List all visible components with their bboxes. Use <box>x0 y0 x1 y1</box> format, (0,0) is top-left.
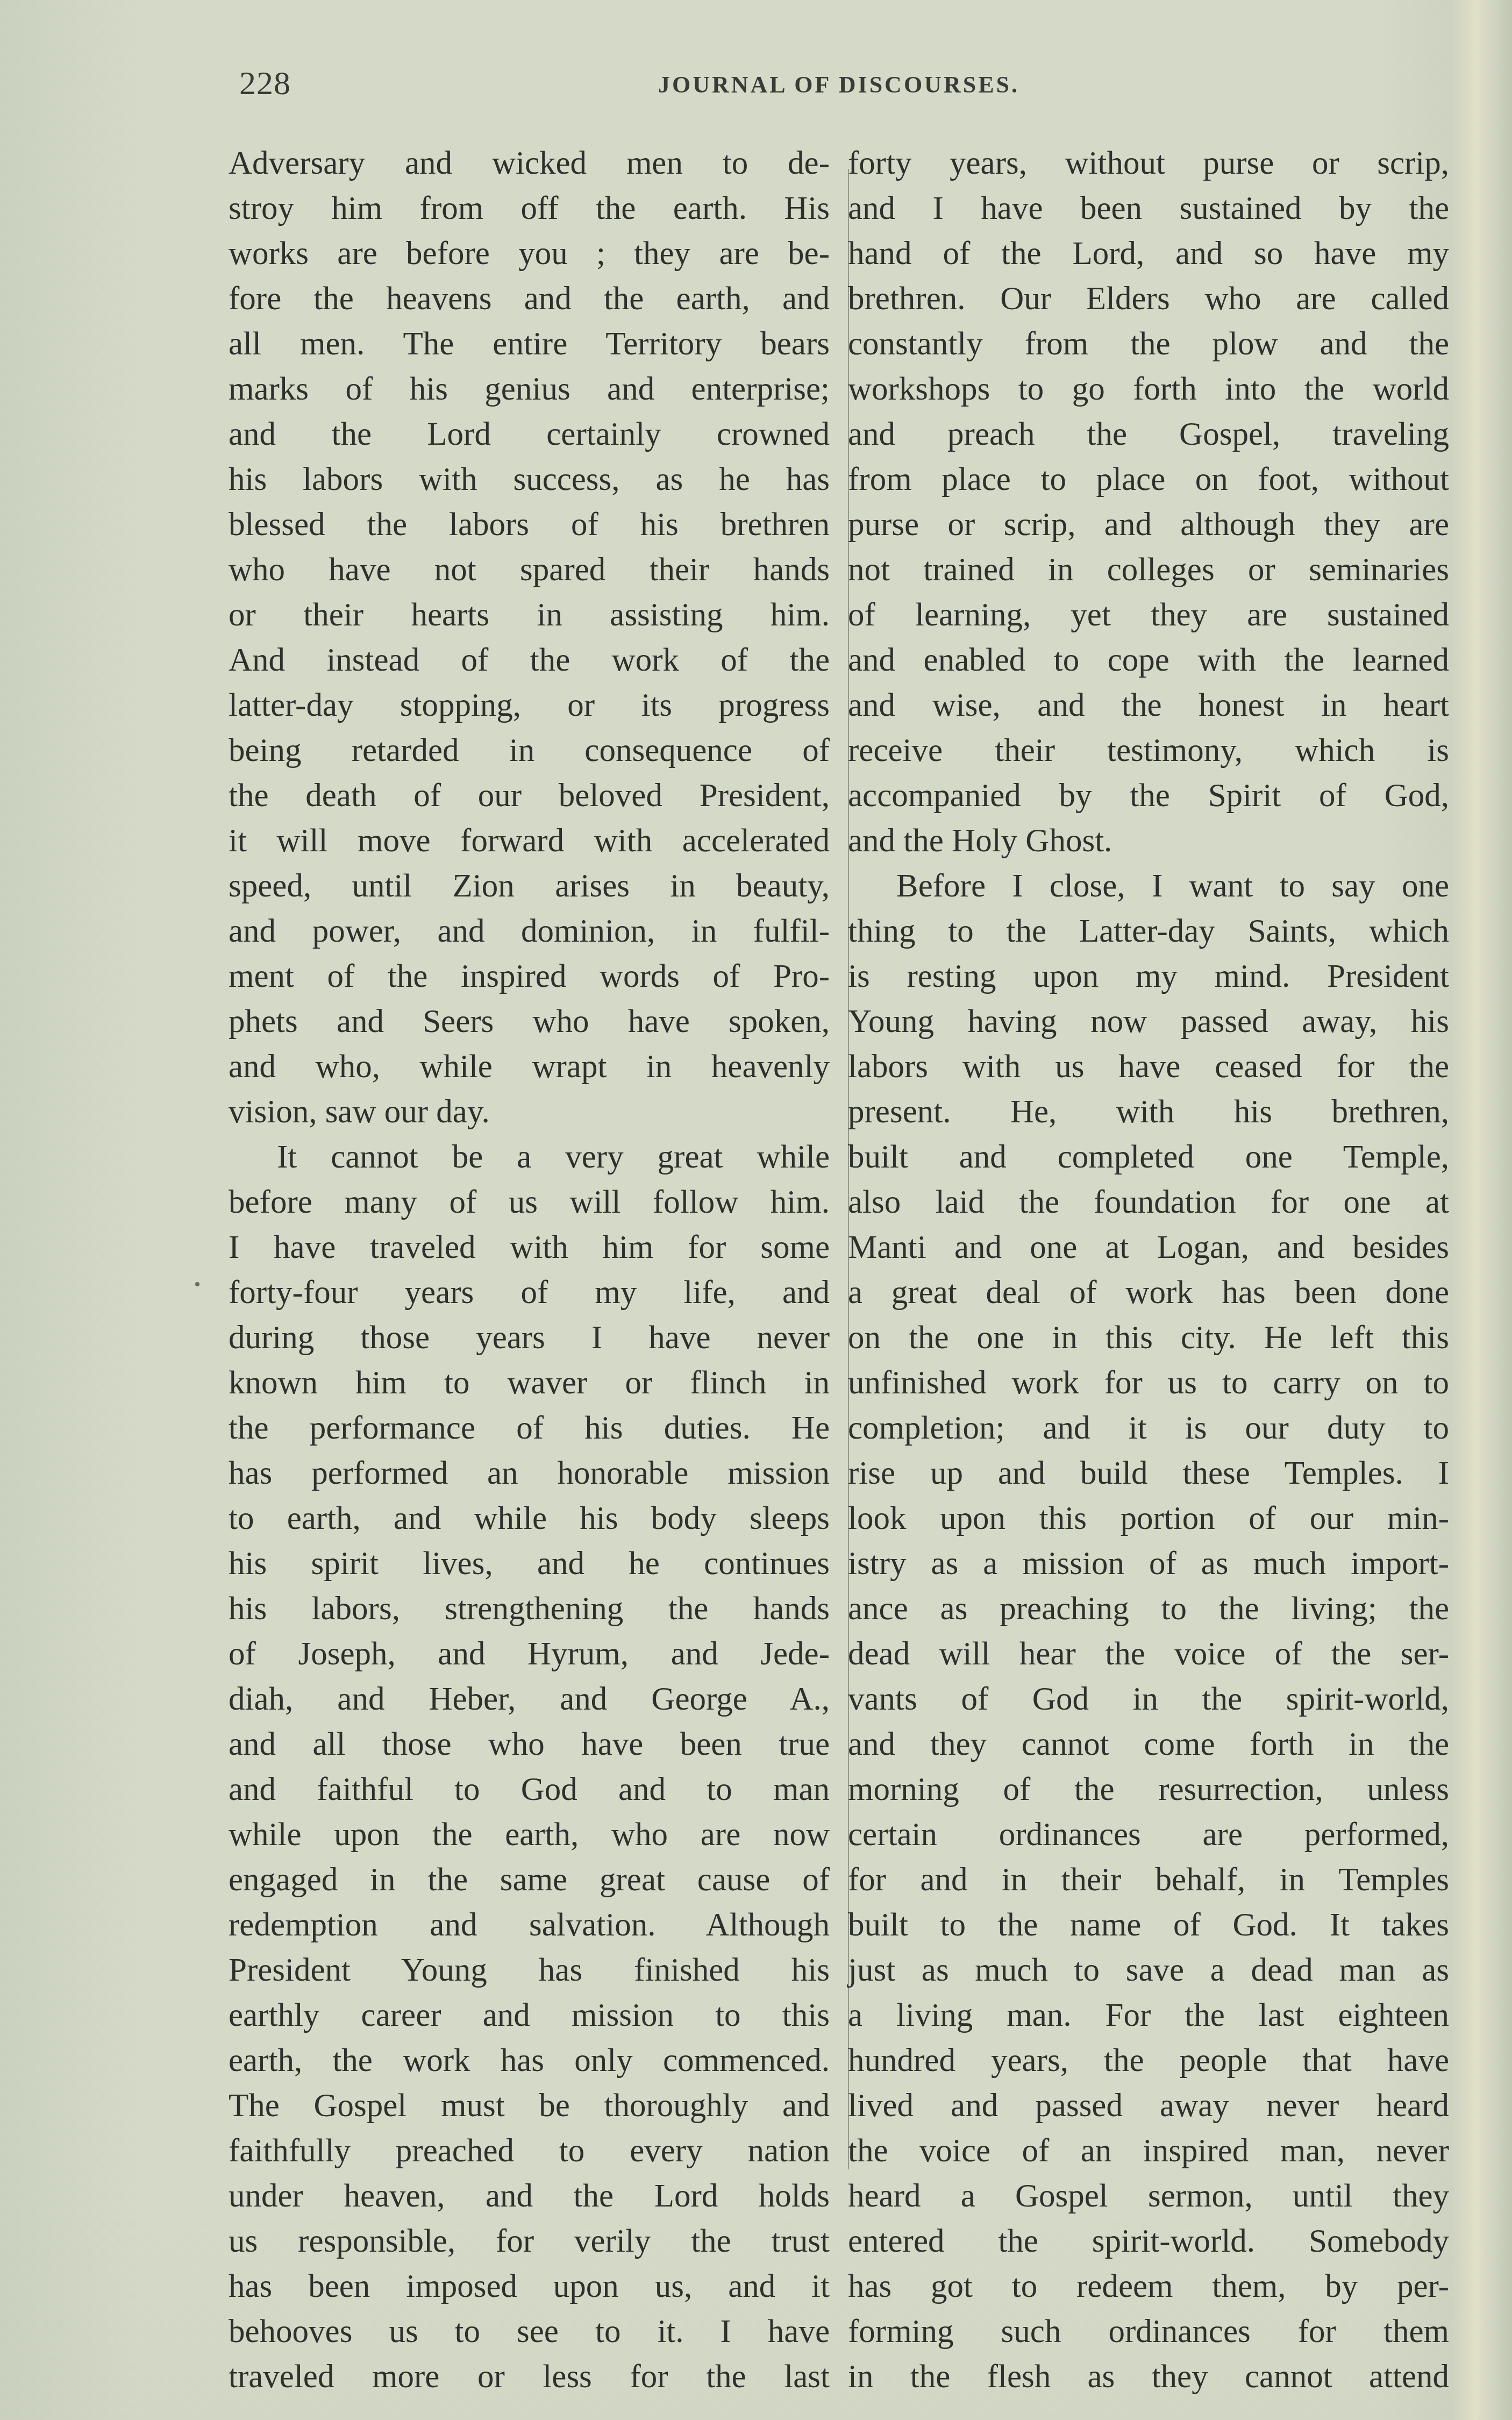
text-line: all men. The entire Territory bears <box>229 322 830 367</box>
text-line: diah, and Heber, and George A., <box>229 1677 830 1722</box>
text-line: just as much to save a dead man as <box>848 1948 1449 1993</box>
text-line: look upon this portion of our min- <box>848 1496 1449 1541</box>
text-line: the voice of an inspired man, never <box>848 2129 1449 2174</box>
text-line: vision, saw our day. <box>229 1090 830 1135</box>
text-line: and they cannot come forth in the <box>848 1722 1449 1767</box>
text-line: earth, the work has only commenced. <box>229 2038 830 2083</box>
text-line: entered the spirit-world. Somebody <box>848 2219 1449 2264</box>
text-line: a living man. For the last eighteen <box>848 1993 1449 2038</box>
text-line: the performance of his duties. He <box>229 1406 830 1451</box>
text-line: certain ordinances are performed, <box>848 1812 1449 1857</box>
text-line: from place to place on foot, without <box>848 457 1449 502</box>
text-line: has got to redeem them, by per- <box>848 2264 1449 2309</box>
text-line: thing to the Latter-day Saints, which <box>848 909 1449 954</box>
text-line: Manti and one at Logan, and besides <box>848 1225 1449 1270</box>
text-line: under heaven, and the Lord holds <box>229 2174 830 2219</box>
text-line: the death of our beloved President, <box>229 773 830 818</box>
text-line: of Joseph, and Hyrum, and Jede- <box>229 1632 830 1677</box>
ink-speck <box>195 1282 199 1286</box>
text-line: receive their testimony, which is <box>848 728 1449 773</box>
text-line: before many of us will follow him. <box>229 1180 830 1225</box>
text-line: morning of the resurrection, unless <box>848 1767 1449 1812</box>
text-line: faithfully preached to every nation <box>229 2129 830 2174</box>
text-line: purse or scrip, and although they are <box>848 502 1449 547</box>
right-column: forty years, without purse or scrip,and … <box>848 141 1449 2400</box>
text-line: fore the heavens and the earth, and <box>229 276 830 322</box>
text-line: traveled more or less for the last <box>229 2354 830 2400</box>
text-line: and wise, and the honest in heart <box>848 683 1449 728</box>
text-line: engaged in the same great cause of <box>229 1857 830 1903</box>
text-line: us responsible, for verily the trust <box>229 2219 830 2264</box>
text-line: in the flesh as they cannot attend <box>848 2354 1449 2400</box>
text-line: for and in their behalf, in Temples <box>848 1857 1449 1903</box>
text-line: or their hearts in assisting him. <box>229 593 830 638</box>
running-head: 228 JOURNAL OF DISCOURSES. <box>229 60 1449 109</box>
text-line: istry as a mission of as much import- <box>848 1541 1449 1586</box>
text-line: stroy him from off the earth. His <box>229 186 830 231</box>
text-line: has been imposed upon us, and it <box>229 2264 830 2309</box>
text-line: forming such ordinances for them <box>848 2309 1449 2354</box>
text-line: of learning, yet they are sustained <box>848 593 1449 638</box>
text-line: And instead of the work of the <box>229 638 830 683</box>
text-line: it will move forward with accelerated <box>229 818 830 864</box>
text-line: ment of the inspired words of Pro- <box>229 954 830 999</box>
text-line: hundred years, the people that have <box>848 2038 1449 2083</box>
text-line: also laid the foundation for one at <box>848 1180 1449 1225</box>
journal-title: JOURNAL OF DISCOURSES. <box>229 71 1449 98</box>
text-line: who have not spared their hands <box>229 547 830 593</box>
text-line: I have traveled with him for some <box>229 1225 830 1270</box>
text-line: lived and passed away never heard <box>848 2083 1449 2129</box>
text-line: It cannot be a very great while <box>229 1135 830 1180</box>
text-line: forty-four years of my life, and <box>229 1270 830 1315</box>
text-line: Before I close, I want to say one <box>848 864 1449 909</box>
text-line: unfinished work for us to carry on to <box>848 1361 1449 1406</box>
text-line: present. He, with his brethren, <box>848 1090 1449 1135</box>
text-line: his labors, strengthening the hands <box>229 1586 830 1632</box>
text-line: phets and Seers who have spoken, <box>229 999 830 1044</box>
text-line: and the Holy Ghost. <box>848 818 1449 864</box>
text-line: and I have been sustained by the <box>848 186 1449 231</box>
text-line: blessed the labors of his brethren <box>229 502 830 547</box>
text-line: his labors with success, as he has <box>229 457 830 502</box>
text-line: labors with us have ceased for the <box>848 1044 1449 1090</box>
text-line: rise up and build these Temples. I <box>848 1451 1449 1496</box>
text-line: speed, until Zion arises in beauty, <box>229 864 830 909</box>
text-line: and power, and dominion, in fulfil- <box>229 909 830 954</box>
text-line: not trained in colleges or seminaries <box>848 547 1449 593</box>
text-line: and all those who have been true <box>229 1722 830 1767</box>
text-line: brethren. Our Elders who are called <box>848 276 1449 322</box>
text-line: and preach the Gospel, traveling <box>848 412 1449 457</box>
text-line: is resting upon my mind. President <box>848 954 1449 999</box>
text-line: being retarded in consequence of <box>229 728 830 773</box>
text-line: completion; and it is our duty to <box>848 1406 1449 1451</box>
text-line: ance as preaching to the living; the <box>848 1586 1449 1632</box>
text-line: marks of his genius and enterprise; <box>229 367 830 412</box>
text-line: earthly career and mission to this <box>229 1993 830 2038</box>
text-line: his spirit lives, and he continues <box>229 1541 830 1586</box>
text-line: Adversary and wicked men to de- <box>229 141 830 186</box>
text-line: President Young has finished his <box>229 1948 830 1993</box>
text-line: constantly from the plow and the <box>848 322 1449 367</box>
text-line: and enabled to cope with the learned <box>848 638 1449 683</box>
text-line: behooves us to see to it. I have <box>229 2309 830 2354</box>
text-line: while upon the earth, who are now <box>229 1812 830 1857</box>
text-line: on the one in this city. He left this <box>848 1315 1449 1361</box>
text-line: heard a Gospel sermon, until they <box>848 2174 1449 2219</box>
text-line: and the Lord certainly crowned <box>229 412 830 457</box>
text-line: Young having now passed away, his <box>848 999 1449 1044</box>
left-column: Adversary and wicked men to de-stroy him… <box>229 141 830 2400</box>
text-line: and who, while wrapt in heavenly <box>229 1044 830 1090</box>
text-line: and faithful to God and to man <box>229 1767 830 1812</box>
text-line: The Gospel must be thoroughly and <box>229 2083 830 2129</box>
text-line: workshops to go forth into the world <box>848 367 1449 412</box>
text-line: built and completed one Temple, <box>848 1135 1449 1180</box>
text-line: dead will hear the voice of the ser- <box>848 1632 1449 1677</box>
text-line: forty years, without purse or scrip, <box>848 141 1449 186</box>
text-line: accompanied by the Spirit of God, <box>848 773 1449 818</box>
text-line: works are before you ; they are be- <box>229 231 830 276</box>
text-line: known him to waver or flinch in <box>229 1361 830 1406</box>
text-line: built to the name of God. It takes <box>848 1903 1449 1948</box>
text-line: redemption and salvation. Although <box>229 1903 830 1948</box>
text-line: a great deal of work has been done <box>848 1270 1449 1315</box>
text-line: to earth, and while his body sleeps <box>229 1496 830 1541</box>
text-line: during those years I have never <box>229 1315 830 1361</box>
text-line: has performed an honorable mission <box>229 1451 830 1496</box>
text-line: hand of the Lord, and so have my <box>848 231 1449 276</box>
text-line: latter-day stopping, or its progress <box>229 683 830 728</box>
text-line: vants of God in the spirit-world, <box>848 1677 1449 1722</box>
